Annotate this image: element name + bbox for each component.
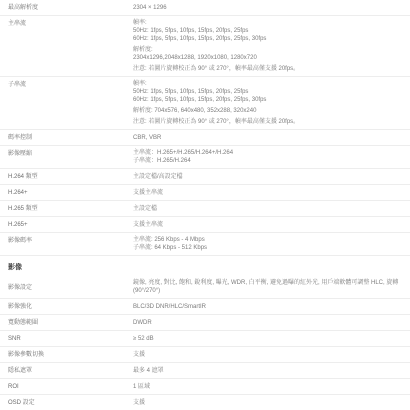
spec-value-line: CBR, VBR: [133, 134, 402, 142]
spec-value: 主設定檔: [133, 205, 402, 213]
spec-value-line: 主設定檔/高設定檔: [133, 173, 402, 181]
spec-row: OSD 設定支援: [0, 395, 410, 410]
spec-value-line: 主串流: 256 Kbps - 4 Mbps: [133, 236, 402, 244]
spec-value-line: 60Hz: 1fps, 5fps, 10fps, 15fps, 20fps, 2…: [133, 35, 402, 43]
spec-value-line: 支援主串流: [133, 221, 402, 229]
spec-value: 鏡像, 亮度, 對比, 飽和, 銳利度, 曝光, WDR, 白平衡, 避免過曝的…: [133, 279, 402, 295]
spec-label: 影像強化: [8, 302, 133, 311]
spec-value-line: 2304 × 1296: [133, 4, 402, 12]
spec-value-line: 幀率:: [133, 19, 402, 27]
spec-value: 幀率:50Hz: 1fps, 5fps, 10fps, 15fps, 20fps…: [133, 19, 402, 73]
spec-value-line: 1 區域: [133, 383, 402, 391]
spec-value: CBR, VBR: [133, 134, 402, 142]
spec-row: H.264 類型主設定檔/高設定檔: [0, 169, 410, 185]
spec-row: 寬動態範圍DWDR: [0, 315, 410, 331]
spec-value-line: 解析度: 704x576, 640x480, 352x288, 320x240: [133, 107, 402, 115]
spec-label: 子串流: [8, 80, 133, 89]
spec-value-line: 支援: [133, 351, 402, 359]
spec-value: 2304 × 1296: [133, 4, 402, 12]
spec-row: H.265 類型主設定檔: [0, 201, 410, 217]
spec-row: 主串流幀率:50Hz: 1fps, 5fps, 10fps, 15fps, 20…: [0, 16, 410, 77]
spec-label: 主串流: [8, 19, 133, 28]
spec-label: 寬動態範圍: [8, 318, 133, 327]
spec-value-line: 解析度:: [133, 46, 402, 54]
spec-value-line: 注意: 若圖片旋轉校正為 90° 或 270°，幀率最高僅支援 20fps。: [133, 118, 402, 126]
spec-row: 影像碼率主串流: 256 Kbps - 4 Mbps子串流: 64 Kbps -…: [0, 233, 410, 256]
spec-value: 支援: [133, 399, 402, 407]
spec-row: 碼率控制CBR, VBR: [0, 130, 410, 146]
spec-value: 支援主串流: [133, 221, 402, 229]
spec-value-line: 支援主串流: [133, 189, 402, 197]
spec-label: OSD 設定: [8, 398, 133, 407]
spec-label: 碼率控制: [8, 133, 133, 142]
spec-label: 影像碼率: [8, 236, 133, 245]
spec-value: ≥ 52 dB: [133, 335, 402, 343]
spec-row: H.264+支援主串流: [0, 185, 410, 201]
spec-value: 支援: [133, 351, 402, 359]
spec-label: H.265 類型: [8, 204, 133, 213]
spec-value-line: 子串流: 64 Kbps - 512 Kbps: [133, 244, 402, 252]
spec-row: 影像參數切換支援: [0, 347, 410, 363]
spec-value-line: 子串流：H.265/H.264: [133, 157, 402, 165]
spec-label: 最高解析度: [8, 3, 133, 12]
spec-value-line: ≥ 52 dB: [133, 335, 402, 343]
spec-row: 影像強化BLC/3D DNR/HLC/SmartIR: [0, 299, 410, 315]
spec-label: 影像壓縮: [8, 149, 133, 158]
spec-table: 最高解析度2304 × 1296主串流幀率:50Hz: 1fps, 5fps, …: [0, 0, 410, 410]
spec-value: 主串流: 256 Kbps - 4 Mbps子串流: 64 Kbps - 512…: [133, 236, 402, 252]
spec-row: 影像設定鏡像, 亮度, 對比, 飽和, 銳利度, 曝光, WDR, 白平衡, 避…: [0, 276, 410, 299]
spec-value-line: 最多 4 遮罩: [133, 367, 402, 375]
spec-value: 主設定檔/高設定檔: [133, 173, 402, 181]
spec-value-line: BLC/3D DNR/HLC/SmartIR: [133, 303, 402, 311]
spec-value-line: 50Hz: 1fps, 5fps, 10fps, 15fps, 20fps, 2…: [133, 88, 402, 96]
spec-row: ROI1 區域: [0, 379, 410, 395]
spec-value-line: 2304x1296,2048x1288, 1920x1080, 1280x720: [133, 54, 402, 62]
spec-label: 影像參數切換: [8, 350, 133, 359]
spec-value: 最多 4 遮罩: [133, 367, 402, 375]
spec-row: 隱私遮罩最多 4 遮罩: [0, 363, 410, 379]
spec-value-line: 主設定檔: [133, 205, 402, 213]
spec-row: SNR≥ 52 dB: [0, 331, 410, 347]
spec-value-line: 幀率:: [133, 80, 402, 88]
spec-value-line: DWDR: [133, 319, 402, 327]
spec-label: H.264+: [8, 188, 133, 197]
spec-label: H.264 類型: [8, 172, 133, 181]
spec-label: 隱私遮罩: [8, 366, 133, 375]
spec-label: 影像設定: [8, 283, 133, 292]
spec-value-line: 50Hz: 1fps, 5fps, 10fps, 15fps, 20fps, 2…: [133, 27, 402, 35]
spec-value-line: 鏡像, 亮度, 對比, 飽和, 銳利度, 曝光, WDR, 白平衡, 避免過曝的…: [133, 279, 402, 295]
spec-value: 1 區域: [133, 383, 402, 391]
spec-label: ROI: [8, 382, 133, 391]
spec-value: BLC/3D DNR/HLC/SmartIR: [133, 303, 402, 311]
spec-value: 支援主串流: [133, 189, 402, 197]
spec-value: 主串流：H.265+/H.265/H.264+/H.264子串流：H.265/H…: [133, 149, 402, 165]
spec-row: 影像壓縮主串流：H.265+/H.265/H.264+/H.264子串流：H.2…: [0, 146, 410, 169]
spec-value-line: 主串流：H.265+/H.265/H.264+/H.264: [133, 149, 402, 157]
spec-label: SNR: [8, 334, 133, 343]
spec-row: 最高解析度2304 × 1296: [0, 0, 410, 16]
spec-value: 幀率:50Hz: 1fps, 5fps, 10fps, 15fps, 20fps…: [133, 80, 402, 126]
spec-row: H.265+支援主串流: [0, 217, 410, 233]
spec-label: H.265+: [8, 220, 133, 229]
spec-value-line: 支援: [133, 399, 402, 407]
section-title: 影像: [0, 256, 410, 276]
spec-value-line: 注意: 若圖片旋轉校正為 90° 或 270°，幀率最高僅支援 20fps。: [133, 65, 402, 73]
spec-value-line: 60Hz: 1fps, 5fps, 10fps, 15fps, 20fps, 2…: [133, 96, 402, 104]
spec-value: DWDR: [133, 319, 402, 327]
spec-row: 子串流幀率:50Hz: 1fps, 5fps, 10fps, 15fps, 20…: [0, 77, 410, 130]
